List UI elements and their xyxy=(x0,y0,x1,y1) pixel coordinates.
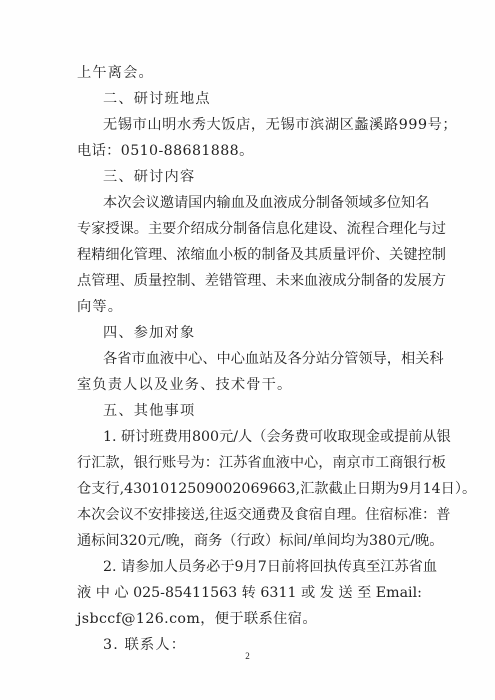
content-paragraph-line-3: 程精细化管理、浓缩血小板的制备及其质量评价、关键控制 xyxy=(77,247,420,263)
page-number: 2 xyxy=(0,651,495,661)
section-heading-venue: 二、研讨班地点 xyxy=(103,91,420,107)
reply-line-1: 2. 请参加人员务必于9月7日前将回执传真至江苏省血 xyxy=(103,559,420,575)
document-page: 上午离会。 二、研讨班地点 无锡市山明水秀大饭店，无锡市滨湖区蠡溪路999号； … xyxy=(0,0,495,700)
content-paragraph-line-5: 向等。 xyxy=(77,299,420,315)
fee-line-5: 通标间320元/晚，商务（行政）标间/单间均为380元/晚。 xyxy=(77,533,420,549)
venue-address: 无锡市山明水秀大饭店，无锡市滨湖区蠡溪路999号； xyxy=(103,117,420,133)
section-heading-other: 五、其他事项 xyxy=(103,403,420,419)
section-heading-participants: 四、参加对象 xyxy=(103,325,420,341)
text-line-closing: 上午离会。 xyxy=(77,65,420,81)
fee-line-2: 行汇款，银行账号为：江苏省血液中心，南京市工商银行板 xyxy=(77,455,420,471)
fee-line-3: 仓支行,4301012509002069663,汇款截止日期为9月14日）。 xyxy=(77,481,420,497)
participants-line-1: 各省市血液中心、中心血站及各分站分管领导，相关科 xyxy=(103,351,420,367)
fee-line-1: 1. 研讨班费用800元/人（会务费可收取现金或提前从银 xyxy=(103,429,420,445)
participants-line-2: 室负责人以及业务、技术骨干。 xyxy=(77,377,420,393)
content-paragraph-line-4: 点管理、质量控制、差错管理、未来血液成分制备的发展方 xyxy=(77,273,420,289)
fee-line-4: 本次会议不安排接送,往返交通费及食宿自理。住宿标准：普 xyxy=(77,507,420,523)
reply-line-3-email: jsbccf@126.com，便于联系住宿。 xyxy=(77,611,420,627)
venue-phone: 电话：0510-88681888。 xyxy=(77,143,420,159)
content-paragraph-line-1: 本次会议邀请国内输血及血液成分制备领域多位知名 xyxy=(103,195,420,211)
reply-line-2: 液 中 心 025-85411563 转 6311 或 发 送 至 Email: xyxy=(77,585,420,601)
content-paragraph-line-2: 专家授课。主要介绍成分制备信息化建设、流程合理化与过 xyxy=(77,221,420,237)
section-heading-content: 三、研讨内容 xyxy=(103,169,420,185)
